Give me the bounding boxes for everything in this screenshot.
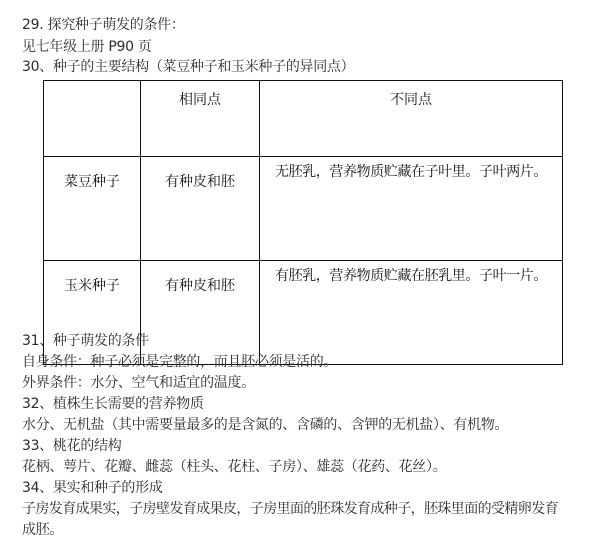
section-34-title: 34、果实和种子的形成 — [22, 478, 163, 498]
row-seed-name: 菜豆种子 — [44, 157, 141, 261]
row-diff: 有胚乳，营养物质贮藏在胚乳里。子叶一片。 — [260, 261, 563, 365]
seed-structure-table: 相同点 不同点 菜豆种子 有种皮和胚 无胚乳，营养物质贮藏在子叶里。子叶两片。 … — [43, 80, 563, 365]
section-33-title: 33、桃花的结构 — [22, 436, 121, 456]
row-diff: 无胚乳，营养物质贮藏在子叶里。子叶两片。 — [260, 157, 563, 261]
row-same: 有种皮和胚 — [141, 157, 260, 261]
section-31-line-1: 自身条件：种子必须是完整的，而且胚必须是活的。 — [22, 352, 337, 372]
table-header-row: 相同点 不同点 — [44, 81, 563, 157]
section-32-body: 水分、无机盐（其中需要量最多的是含氮的、含磷的、含钾的无机盐）、有机物。 — [22, 415, 508, 435]
section-34-line-1: 子房发育成果实，子房壁发育成果皮，子房里面的胚珠发育成种子，胚珠里面的受精卵发育 — [22, 499, 558, 519]
section-34-line-2: 成胚。 — [22, 520, 63, 540]
section-33-body: 花柄、萼片、花瓣、雌蕊（柱头、花柱、子房）、雄蕊（花药、花丝）。 — [22, 457, 446, 477]
table-header-empty — [44, 81, 141, 157]
section-31-line-2: 外界条件：水分、空气和适宜的温度。 — [22, 373, 255, 393]
table-row: 菜豆种子 有种皮和胚 无胚乳，营养物质贮藏在子叶里。子叶两片。 — [44, 157, 563, 261]
section-30-title: 30、种子的主要结构（菜豆种子和玉米种子的异同点） — [22, 57, 354, 77]
table-header-same: 相同点 — [141, 81, 260, 157]
section-32-title: 32、植株生长需要的营养物质 — [22, 394, 204, 414]
section-31-title: 31、种子萌发的条件 — [22, 331, 149, 351]
section-29-body: 见七年级上册 P90 页 — [22, 37, 152, 57]
row-same: 有种皮和胚 — [141, 261, 260, 365]
section-29-title: 29. 探究种子萌发的条件： — [22, 15, 185, 35]
table-header-diff: 不同点 — [260, 81, 563, 157]
